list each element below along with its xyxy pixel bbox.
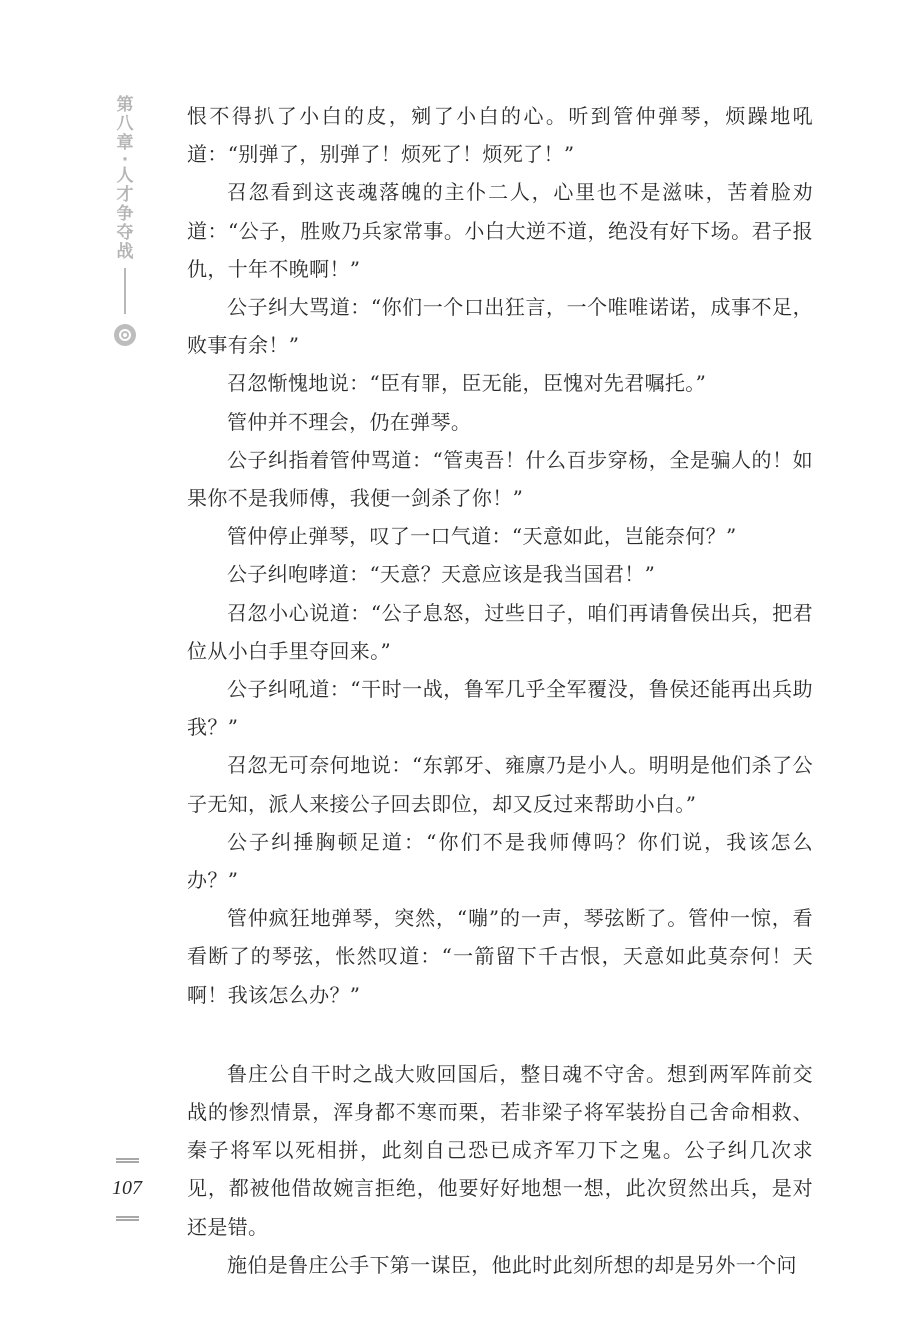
- chapter-char: 战: [117, 243, 134, 262]
- section-break: [187, 1014, 813, 1055]
- paragraph: 恨不得扒了小白的皮，剜了小白的心。听到管仲弹琴，烦躁地吼道：“别弹了，别弹了！烦…: [187, 97, 813, 173]
- chapter-char: 才: [117, 186, 134, 205]
- chapter-char: 人: [117, 167, 134, 186]
- paragraph: 施伯是鲁庄公手下第一谋臣，他此时此刻所想的却是另外一个问: [187, 1246, 813, 1284]
- chapter-char: 八: [117, 115, 134, 134]
- paragraph: 召忽无可奈何地说：“东郭牙、雍廪乃是小人。明明是他们杀了公子无知，派人来接公子回…: [187, 746, 813, 822]
- chapter-char: 夺: [117, 224, 134, 243]
- chapter-side-header: 第 八 章 · 人 才 争 夺 战: [113, 96, 137, 346]
- paragraph: 管仲疯狂地弹琴，突然，“嘣”的一声，琴弦断了。管仲一惊，看看断了的琴弦，怅然叹道…: [187, 899, 813, 1014]
- paragraph: 召忽惭愧地说：“臣有罪，臣无能，臣愧对先君嘱托。”: [187, 364, 813, 402]
- body-text: 恨不得扒了小白的皮，剜了小白的心。听到管仲弹琴，烦躁地吼道：“别弹了，别弹了！烦…: [187, 97, 813, 1284]
- paragraph: 公子纠吼道：“干时一战，鲁军几乎全军覆没，鲁侯还能再出兵助我？”: [187, 670, 813, 746]
- paragraph: 公子纠指着管仲骂道：“管夷吾！什么百步穿杨，全是骗人的！如果你不是我师傅，我便一…: [187, 441, 813, 517]
- chapter-char: 第: [117, 96, 134, 115]
- swirl-emblem-icon: [114, 324, 136, 346]
- chapter-separator-dot: ·: [122, 153, 128, 167]
- paragraph: 召忽看到这丧魂落魄的主仆二人，心里也不是滋味，苦着脸劝道：“公子，胜败乃兵家常事…: [187, 173, 813, 288]
- paragraph: 管仲并不理会，仍在弹琴。: [187, 403, 813, 441]
- paragraph: 管仲停止弹琴，叹了一口气道：“天意如此，岂能奈何？”: [187, 517, 813, 555]
- double-rule-bottom: [116, 1216, 139, 1221]
- page-number: 107: [112, 1177, 142, 1200]
- paragraph: 公子纠捶胸顿足道：“你们不是我师傅吗？你们说，我该怎么办？”: [187, 823, 813, 899]
- page-number-block: 107: [112, 1158, 142, 1221]
- paragraph: 公子纠大骂道：“你们一个口出狂言，一个唯唯诺诺，成事不足，败事有余！”: [187, 288, 813, 364]
- vertical-divider: [124, 268, 126, 314]
- chapter-char: 争: [117, 205, 134, 224]
- paragraph: 鲁庄公自干时之战大败回国后，整日魂不守舍。想到两军阵前交战的惨烈情景，浑身都不寒…: [187, 1055, 813, 1246]
- paragraph: 公子纠咆哮道：“天意？天意应该是我当国君！”: [187, 555, 813, 593]
- paragraph: 召忽小心说道：“公子息怒，过些日子，咱们再请鲁侯出兵，把君位从小白手里夺回来。”: [187, 594, 813, 670]
- double-rule-top: [116, 1158, 139, 1163]
